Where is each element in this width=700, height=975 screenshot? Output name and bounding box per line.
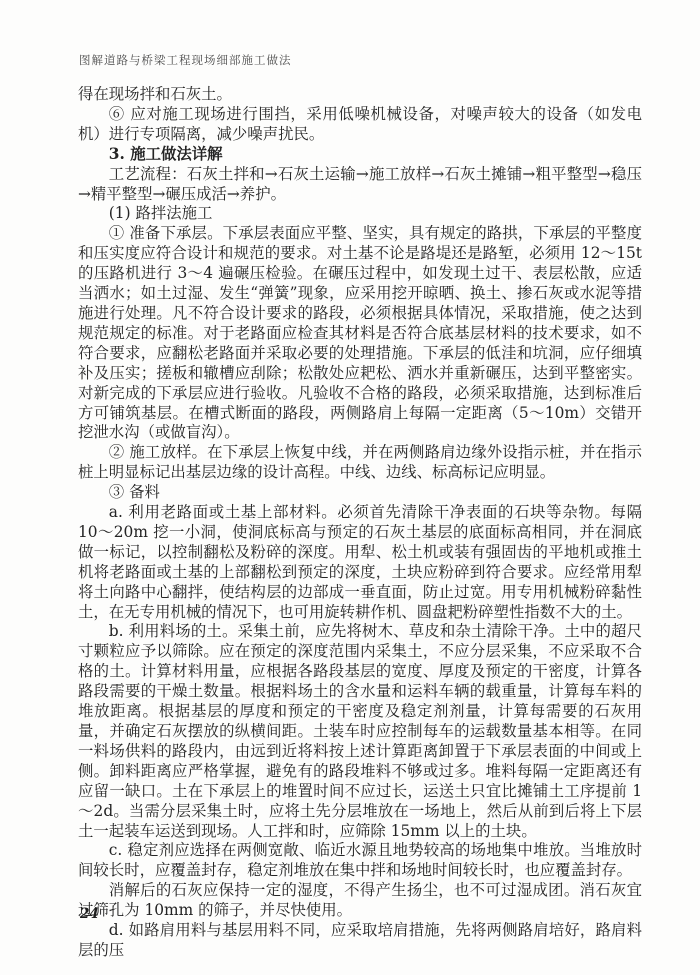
paragraph: ① 准备下承层。下承层表面应平整、坚实，具有规定的路拱，下承层的平整度和压实度应… [78,224,642,443]
running-header: 图解道路与桥梁工程现场细部施工做法 [79,52,292,68]
paragraph: (1) 路拌法施工 [78,204,642,224]
paragraph: a. 利用老路面或土基上部材料。必须首先清除干净表面的石块等杂物。每隔 10～2… [78,503,642,622]
paragraph: d. 如路肩用料与基层用料不同，应采取培肩措施，先将两侧路肩培好，路肩料层的压 [78,921,642,961]
paragraph: 消解后的石灰应保持一定的湿度，不得产生扬尘，也不可过湿成团。消石灰宜过筛孔为 1… [78,881,642,921]
paragraph: ⑥ 应对施工现场进行围挡，采用低噪机械设备，对噪声较大的设备（如发电机）进行专项… [78,105,642,145]
paragraph: 得在现场拌和石灰土。 [78,85,642,105]
paragraph: c. 稳定剂应选择在两侧宽敞、临近水源且地势较高的场地集中堆放。当堆放时间较长时… [78,841,642,881]
paragraph: 工艺流程：石灰土拌和→石灰土运输→施工放样→石灰土摊铺→粗平整型→稳压→精平整型… [78,165,642,205]
section-heading: 3. 施工做法详解 [78,145,642,165]
page-number: 24 [80,906,99,922]
paragraph: b. 利用料场的土。采集土前，应先将树木、草皮和杂土清除干净。土中的超尺寸颗粒应… [78,622,642,841]
book-page: 图解道路与桥梁工程现场细部施工做法 得在现场拌和石灰土。⑥ 应对施工现场进行围挡… [0,0,700,975]
paragraph: ② 施工放样。在下承层上恢复中线，并在两侧路肩边缘外设指示桩，并在指示桩上明显标… [78,443,642,483]
paragraph: ③ 备料 [78,483,642,503]
text-block: 得在现场拌和石灰土。⑥ 应对施工现场进行围挡，采用低噪机械设备，对噪声较大的设备… [78,85,642,961]
